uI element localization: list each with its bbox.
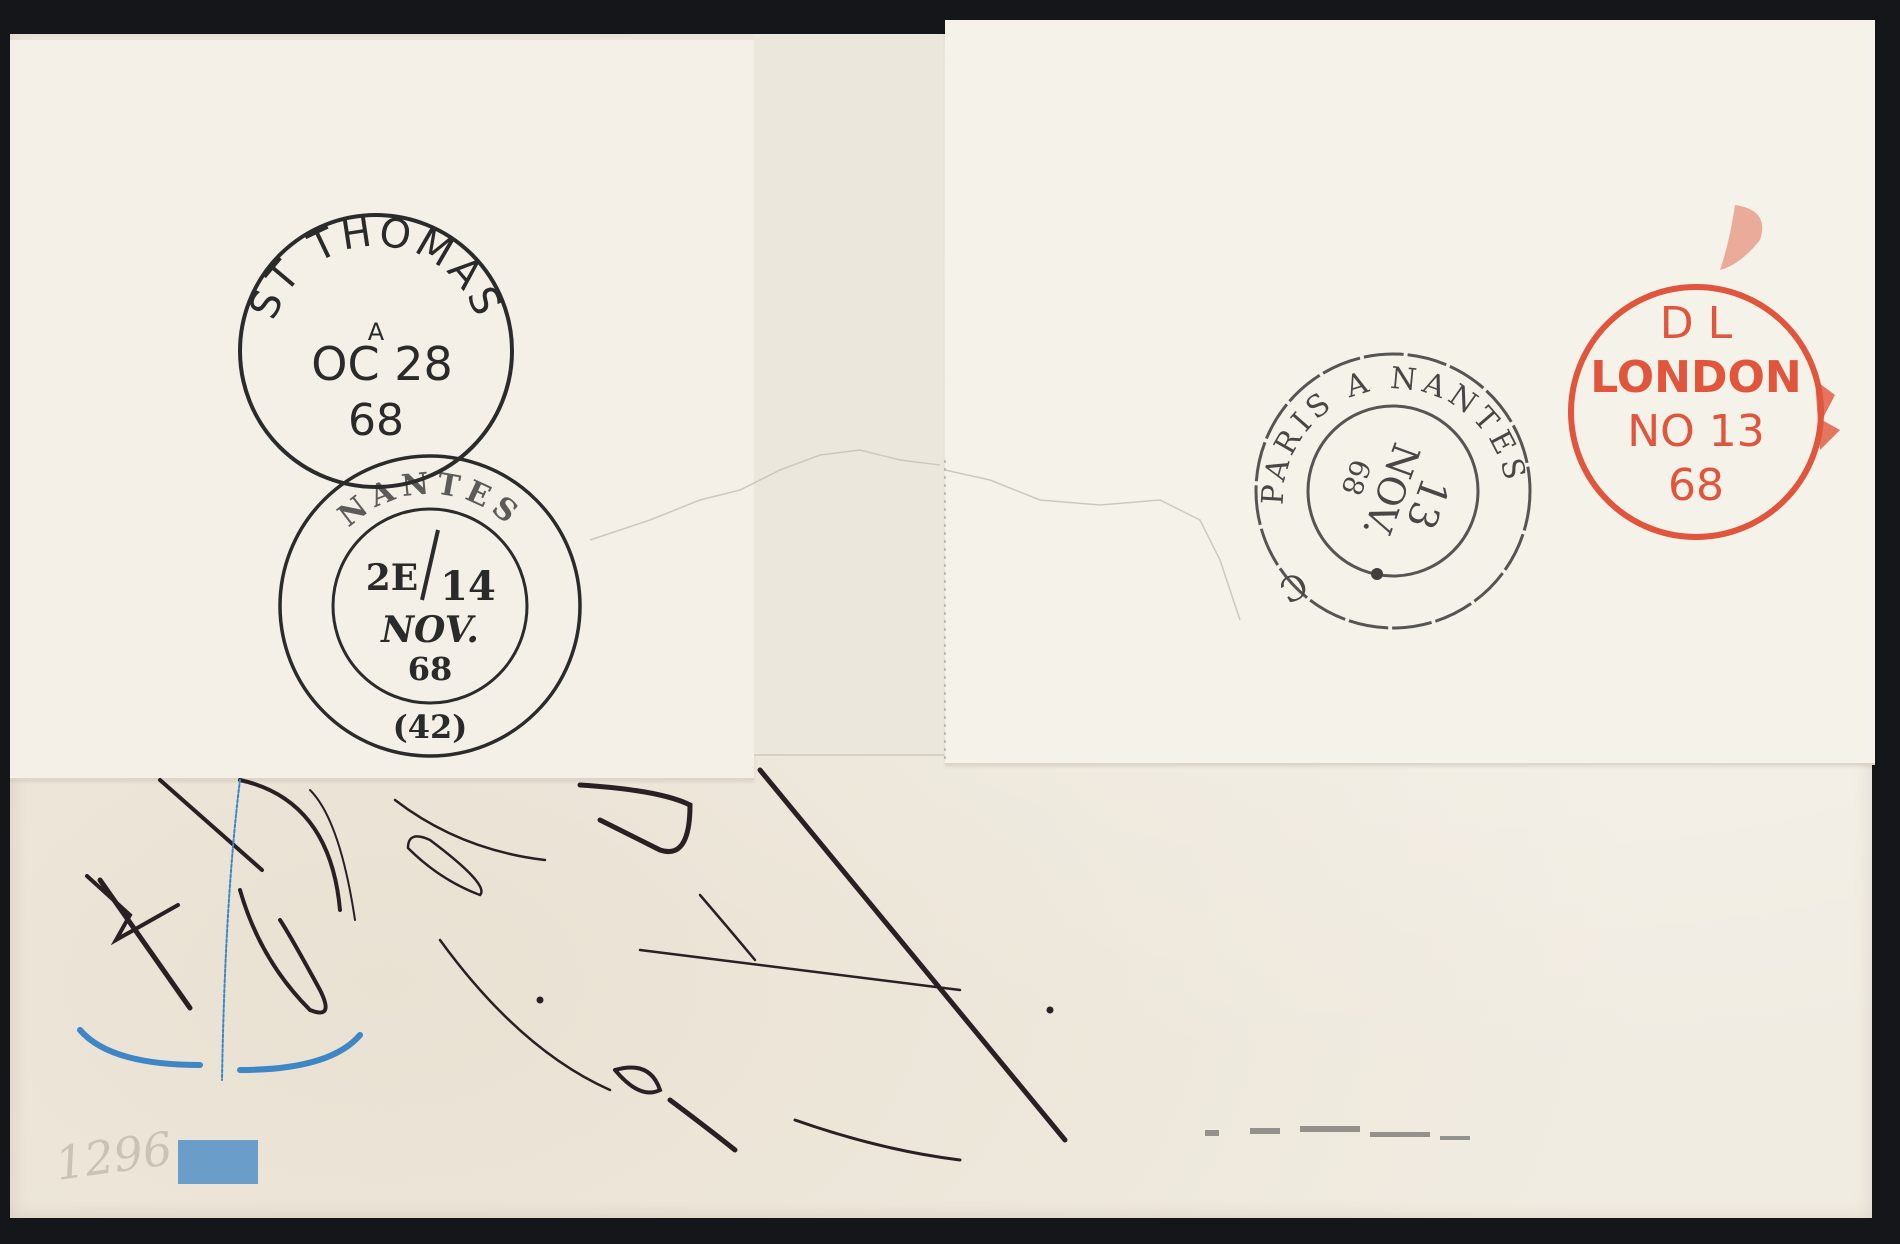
- postmark-london: D L LONDON NO 13 68: [1571, 205, 1840, 537]
- paper-tear-lines: [590, 450, 1240, 760]
- manuscript-markings: [87, 770, 1065, 1160]
- paris-letter: C: [1272, 563, 1315, 611]
- nantes-ring-text: NANTES: [332, 466, 529, 534]
- st-thomas-year: 68: [348, 395, 404, 446]
- faint-offset-marks: [1205, 1126, 1470, 1140]
- london-date: NO 13: [1627, 406, 1765, 457]
- postmark-nantes: NANTES 2E 14 NOV. 68 (42): [280, 456, 580, 756]
- pencil-note: 1296: [52, 1121, 175, 1191]
- nantes-year: 68: [408, 650, 453, 688]
- blue-crayon-marks: [80, 780, 360, 1184]
- nantes-dept: (42): [393, 708, 468, 746]
- markings-layer: ST THOMAS A OC 28 68 NANTES 2E 14 NOV. 6…: [0, 0, 1900, 1244]
- nantes-month: NOV.: [380, 609, 479, 651]
- london-year: 68: [1668, 460, 1724, 511]
- nantes-day: 14: [440, 563, 496, 610]
- nantes-collection: 2E: [366, 557, 419, 599]
- postmark-st-thomas: ST THOMAS A OC 28 68: [240, 209, 512, 487]
- london-city: LONDON: [1590, 352, 1801, 403]
- london-office-code: D L: [1660, 298, 1733, 349]
- postmark-paris-a-nantes: PARIS A NANTES C 13 NOV. 68: [1256, 354, 1533, 628]
- st-thomas-ring-text: ST THOMAS: [241, 209, 512, 326]
- st-thomas-date: OC 28: [311, 337, 452, 391]
